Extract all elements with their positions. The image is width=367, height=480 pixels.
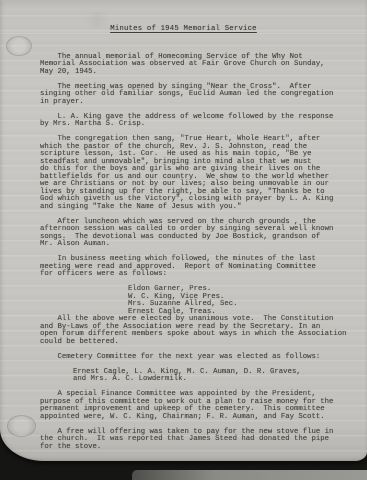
document-body: The annual memorial of Homecoming Servic…: [0, 34, 367, 452]
text-line: May 20, 1945.: [40, 69, 349, 77]
paragraph: All the above were elected by unanimous …: [40, 316, 349, 346]
paper-crease: [0, 33, 367, 35]
text-line: Mr. Alson Auman.: [40, 241, 349, 249]
scanned-document: Minutes of 1945 Memorial Service The ann…: [0, 0, 367, 480]
text-line: by Mrs. Martha S. Crisp.: [40, 121, 349, 129]
document-page: Minutes of 1945 Memorial Service The ann…: [0, 0, 367, 461]
officer-list: Eldon Garner, Pres.W. C. King, Vice Pres…: [128, 286, 349, 316]
paragraph: After luncheon which was served on the c…: [40, 219, 349, 249]
paragraph: The meeting was opened by singing "Near …: [40, 84, 349, 107]
smudge-mark: [78, 12, 116, 28]
text-line: and Mrs. A. C. Lowdermilk.: [73, 376, 349, 384]
paragraph: A free will offering was taken to pay fo…: [40, 429, 349, 452]
text-line: singing other old familiar songs, Euclid…: [40, 91, 349, 99]
text-line: and singing "Take the Name of Jesus with…: [40, 204, 349, 212]
cemetery-committee-list: Ernest Cagle, L. A. King, M. C. Auman, D…: [73, 369, 349, 384]
text-line: could be bettered.: [40, 339, 349, 347]
paragraph: In business meeting which followed, the …: [40, 256, 349, 279]
stain-mark: [7, 415, 36, 437]
text-line: in prayer.: [40, 99, 349, 107]
paragraph: The annual memorial of Homecoming Servic…: [40, 54, 349, 77]
document-title: Minutes of 1945 Memorial Service: [0, 0, 367, 34]
paragraph: Cemetery Committee for the next year was…: [40, 354, 349, 362]
text-line: Cemetery Committee for the next year was…: [40, 354, 349, 362]
text-line: for officers were as follows:: [40, 271, 349, 279]
paragraph: A special Finance Committee was appointe…: [40, 391, 349, 421]
text-line: appointed were, W. C. King, Chairman; F.…: [40, 414, 349, 422]
paragraph: L. A. King gave the address of welcome f…: [40, 114, 349, 129]
paragraph: The congregation then sang, "True Heart,…: [40, 136, 349, 211]
under-paper-edge: [132, 470, 367, 480]
stain-mark: [6, 36, 32, 56]
text-line: for the stove.: [40, 444, 349, 452]
